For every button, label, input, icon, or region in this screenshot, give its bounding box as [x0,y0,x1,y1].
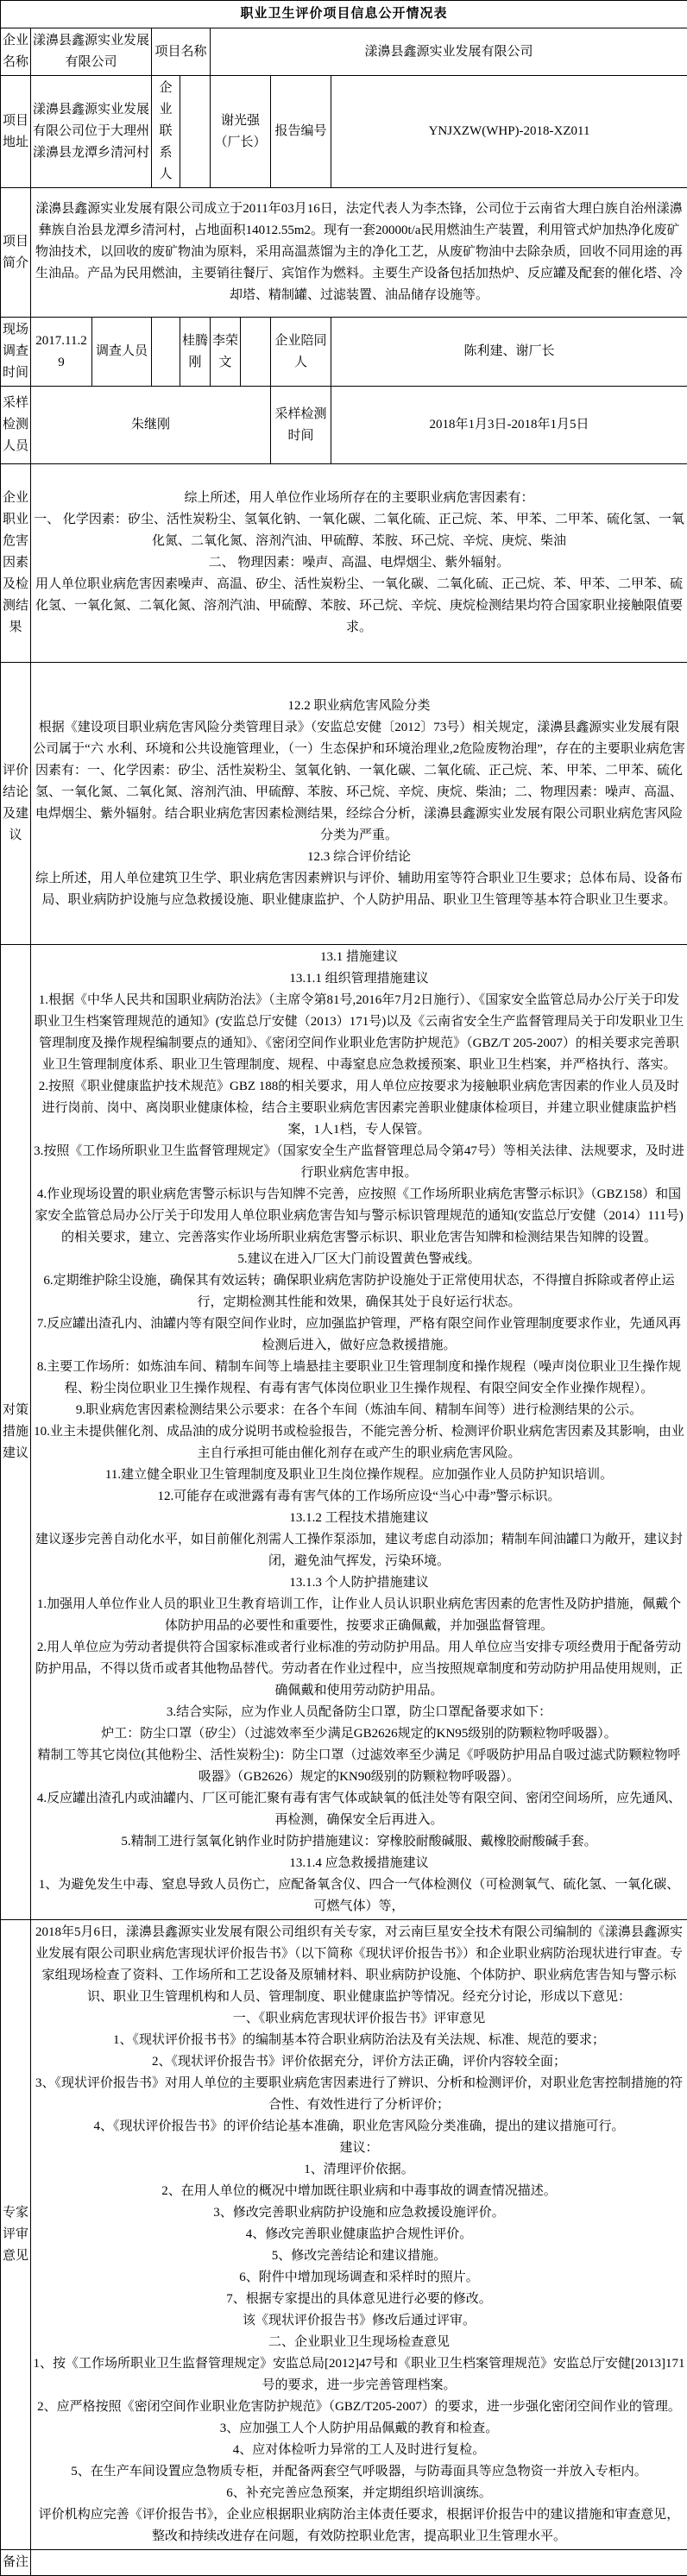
contact-value: 谢光强（厂长） [211,76,271,188]
hazards-row: 企业职业危害因素及检测结果 综上所述，用人单位作业场所存在的主要职业病危害因素有… [1,464,687,663]
company-name-label: 企业名称 [1,28,31,76]
conclusion-label: 评价结论及建议 [1,663,31,945]
title-row: 职业卫生评价项目信息公开情况表 [1,1,687,28]
contact-label: 企业联系人 [152,76,180,188]
review-row: 专家评审意见 2018年5月6日，漾濞县鑫源实业发展有限公司组织有关专家，对云南… [1,1920,687,2550]
remarks-label: 备注 [1,2550,31,2576]
project-name-label: 项目名称 [152,28,211,76]
sampling-time-value: 2018年1月3日-2018年1月5日 [331,387,687,464]
escort-value: 陈利建、谢厂长 [331,318,687,387]
survey-person-2: 李荣文 [211,318,241,387]
sampling-personnel-label: 采样检测人员 [1,387,31,464]
project-name-value: 漾濞县鑫源实业发展有限公司 [211,28,687,76]
measures-row: 对策措施建议 13.1 措施建议 13.1.1 组织管理措施建议 1.根据《中华… [1,945,687,1920]
hazards-value: 综上所述，用人单位作业场所存在的主要职业病危害因素有： 一、 化学因素：矽尘、活… [31,464,687,663]
page-title: 职业卫生评价项目信息公开情况表 [1,1,687,28]
project-address-label: 项目地址 [1,76,31,188]
summary-row: 项目简介 漾濞县鑫源实业发展有限公司成立于2011年03月16日，法定代表人为李… [1,188,687,318]
sampling-row: 采样检测人员 朱继刚 采样检测时间 2018年1月3日-2018年1月5日 [1,387,687,464]
sampling-personnel-value: 朱继刚 [31,387,271,464]
survey-date-value: 2017.11.29 [31,318,92,387]
report-number-value: YNJXZW(WHP)-2018-XZ011 [331,76,687,188]
survey-row: 现场调查时间 2017.11.29 调查人员 桂腾刚 李荣文 企业陪同人 陈利建… [1,318,687,387]
survey-personnel-label: 调查人员 [92,318,152,387]
sampling-time-label: 采样检测时间 [271,387,331,464]
hazards-label: 企业职业危害因素及检测结果 [1,464,31,663]
empty-cell [152,318,180,387]
project-address-value: 漾濞县鑫源实业发展有限公司位于大理州漾濞县龙潭乡清河村 [31,76,152,188]
survey-person-1: 桂腾刚 [180,318,211,387]
measures-label: 对策措施建议 [1,945,31,1920]
review-value: 2018年5月6日，漾濞县鑫源实业发展有限公司组织有关专家，对云南巨星安全技术有… [31,1920,687,2550]
report-number-label: 报告编号 [271,76,331,188]
measures-value: 13.1 措施建议 13.1.1 组织管理措施建议 1.根据《中华人民共和国职业… [31,945,687,1920]
remarks-value [31,2550,687,2576]
empty-cell [180,76,211,188]
empty-cell [241,318,271,387]
review-label: 专家评审意见 [1,1920,31,2550]
company-row: 企业名称 漾濞县鑫源实业发展有限公司 项目名称 漾濞县鑫源实业发展有限公司 [1,28,687,76]
project-summary-value: 漾濞县鑫源实业发展有限公司成立于2011年03月16日，法定代表人为李杰锋，公司… [31,188,687,318]
conclusion-value: 12.2 职业病危害风险分类 根据《建设项目职业病危害风险分类管理目录》（安监总… [31,663,687,945]
company-name-value: 漾濞县鑫源实业发展有限公司 [31,28,152,76]
survey-time-label: 现场调查时间 [1,318,31,387]
remarks-row: 备注 [1,2550,687,2576]
conclusion-row: 评价结论及建议 12.2 职业病危害风险分类 根据《建设项目职业病危害风险分类管… [1,663,687,945]
project-summary-label: 项目简介 [1,188,31,318]
address-row: 项目地址 漾濞县鑫源实业发展有限公司位于大理州漾濞县龙潭乡清河村 企业联系人 谢… [1,76,687,188]
escort-label: 企业陪同人 [271,318,331,387]
info-table: 职业卫生评价项目信息公开情况表 企业名称 漾濞县鑫源实业发展有限公司 项目名称 … [0,0,687,2576]
